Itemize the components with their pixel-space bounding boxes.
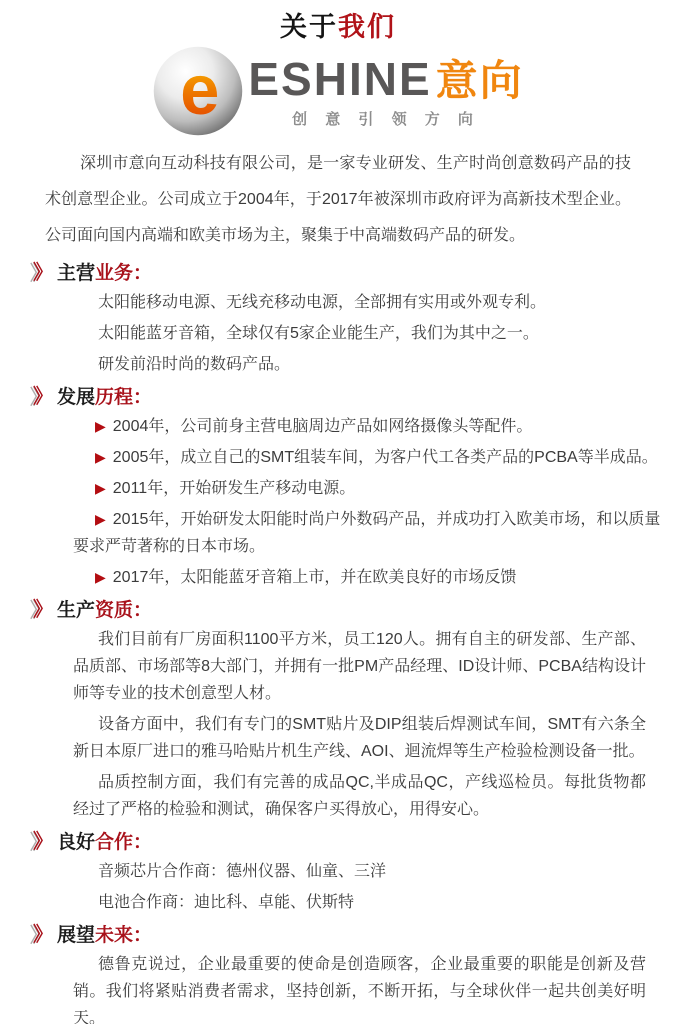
about-us-page: 关于我们 e ESHINE: [0, 0, 676, 1024]
triangle-bullet-icon: ▶: [95, 449, 106, 465]
chevron-marker-icon: 》: [33, 924, 53, 946]
business-item: 太阳能蓝牙音箱，全球仅有5家企业能生产，我们为其中之一。: [73, 320, 668, 347]
production-paragraph: 我们目前有厂房面积1100平方米，员工120人。拥有自主的研发部、生产部、品质部…: [73, 626, 646, 707]
history-item-text: 2017年，太阳能蓝牙音箱上市，并在欧美良好的市场反馈: [113, 569, 517, 586]
section-heading-history: 》发展历程：: [33, 386, 676, 409]
production-paragraph: 品质控制方面，我们有完善的成品QC,半成品QC，产线巡检员。每批货物都经过了严格…: [73, 769, 646, 823]
section-heading-main-business: 》主营业务：: [33, 262, 676, 285]
production-paragraph: 设备方面中，我们有专门的SMT贴片及DIP组装后焊测试车间，SMT有六条全新日本…: [73, 711, 646, 765]
section-production: 》生产资质： 我们目前有厂房面积1100平方米，员工120人。拥有自主的研发部、…: [0, 599, 676, 823]
cooperation-item: 电池合作商：迪比科、卓能、伏斯特: [73, 889, 668, 916]
history-item: ▶2017年，太阳能蓝牙音箱上市，并在欧美良好的市场反馈: [73, 564, 668, 591]
history-item: ▶2015年，开始研发太阳能时尚户外数码产品，并成功打入欧美市场，和以质量要求严…: [73, 506, 668, 560]
section-cooperation: 》良好合作： 音频芯片合作商：德州仪器、仙童、三洋 电池合作商：迪比科、卓能、伏…: [0, 831, 676, 916]
section-main-business: 》主营业务： 太阳能移动电源、无线充移动电源，全部拥有实用或外观专利。 太阳能蓝…: [0, 262, 676, 378]
chevron-marker-icon: 》: [33, 386, 53, 408]
brand-logo: e ESHINE 意向 创 意 引 领 方 向: [0, 44, 676, 138]
section-history: 》发展历程： ▶2004年，公司前身主营电脑周边产品如网络摄像头等配件。 ▶20…: [0, 386, 676, 591]
chevron-marker-icon: 》: [33, 831, 53, 853]
history-item-text: 2015年，开始研发太阳能时尚户外数码产品，并成功打入欧美市场，和以质量要求严苛…: [73, 511, 660, 555]
svg-text:e: e: [180, 50, 219, 129]
brand-name-en: ESHINE: [248, 54, 431, 104]
section-heading-production: 》生产资质：: [33, 599, 676, 622]
triangle-bullet-icon: ▶: [95, 511, 106, 527]
page-title-red: 我们: [338, 12, 396, 42]
history-item-text: 2011年，开始研发生产移动电源。: [113, 480, 355, 497]
brand-text-block: ESHINE 意向 创 意 引 领 方 向: [248, 54, 523, 129]
section-heading-future: 》展望未来：: [33, 924, 676, 947]
business-item: 太阳能移动电源、无线充移动电源，全部拥有实用或外观专利。: [73, 289, 668, 316]
page-title: 关于我们: [0, 0, 676, 42]
history-item: ▶2011年，开始研发生产移动电源。: [73, 475, 668, 502]
chevron-marker-icon: 》: [33, 599, 53, 621]
section-future: 》展望未来： 德鲁克说过，企业最重要的使命是创造顾客，企业最重要的职能是创新及营…: [0, 924, 676, 1024]
history-item-text: 2005年，成立自己的SMT组装车间，为客户代工各类产品的PCBA等半成品。: [113, 449, 658, 466]
triangle-bullet-icon: ▶: [95, 418, 106, 434]
cooperation-item: 音频芯片合作商：德州仪器、仙童、三洋: [73, 858, 668, 885]
business-item: 研发前沿时尚的数码产品。: [73, 351, 668, 378]
triangle-bullet-icon: ▶: [95, 569, 106, 585]
company-intro-paragraph: 深圳市意向互动科技有限公司，是一家专业研发、生产时尚创意数码产品的技术创意型企业…: [45, 146, 631, 254]
page-title-dark: 关于: [280, 12, 338, 42]
brand-name-cn: 意向: [436, 56, 524, 106]
history-item: ▶2005年，成立自己的SMT组装车间，为客户代工各类产品的PCBA等半成品。: [73, 444, 668, 471]
triangle-bullet-icon: ▶: [95, 480, 106, 496]
brand-name: ESHINE 意向: [248, 54, 523, 106]
future-paragraph: 德鲁克说过，企业最重要的使命是创造顾客，企业最重要的职能是创新及营销。我们将紧贴…: [73, 951, 646, 1024]
history-item-text: 2004年，公司前身主营电脑周边产品如网络摄像头等配件。: [113, 418, 533, 435]
chevron-marker-icon: 》: [33, 262, 53, 284]
eshine-sphere-icon: e: [152, 45, 244, 137]
brand-tagline: 创 意 引 领 方 向: [292, 108, 480, 129]
history-item: ▶2004年，公司前身主营电脑周边产品如网络摄像头等配件。: [73, 413, 668, 440]
section-heading-cooperation: 》良好合作：: [33, 831, 676, 854]
